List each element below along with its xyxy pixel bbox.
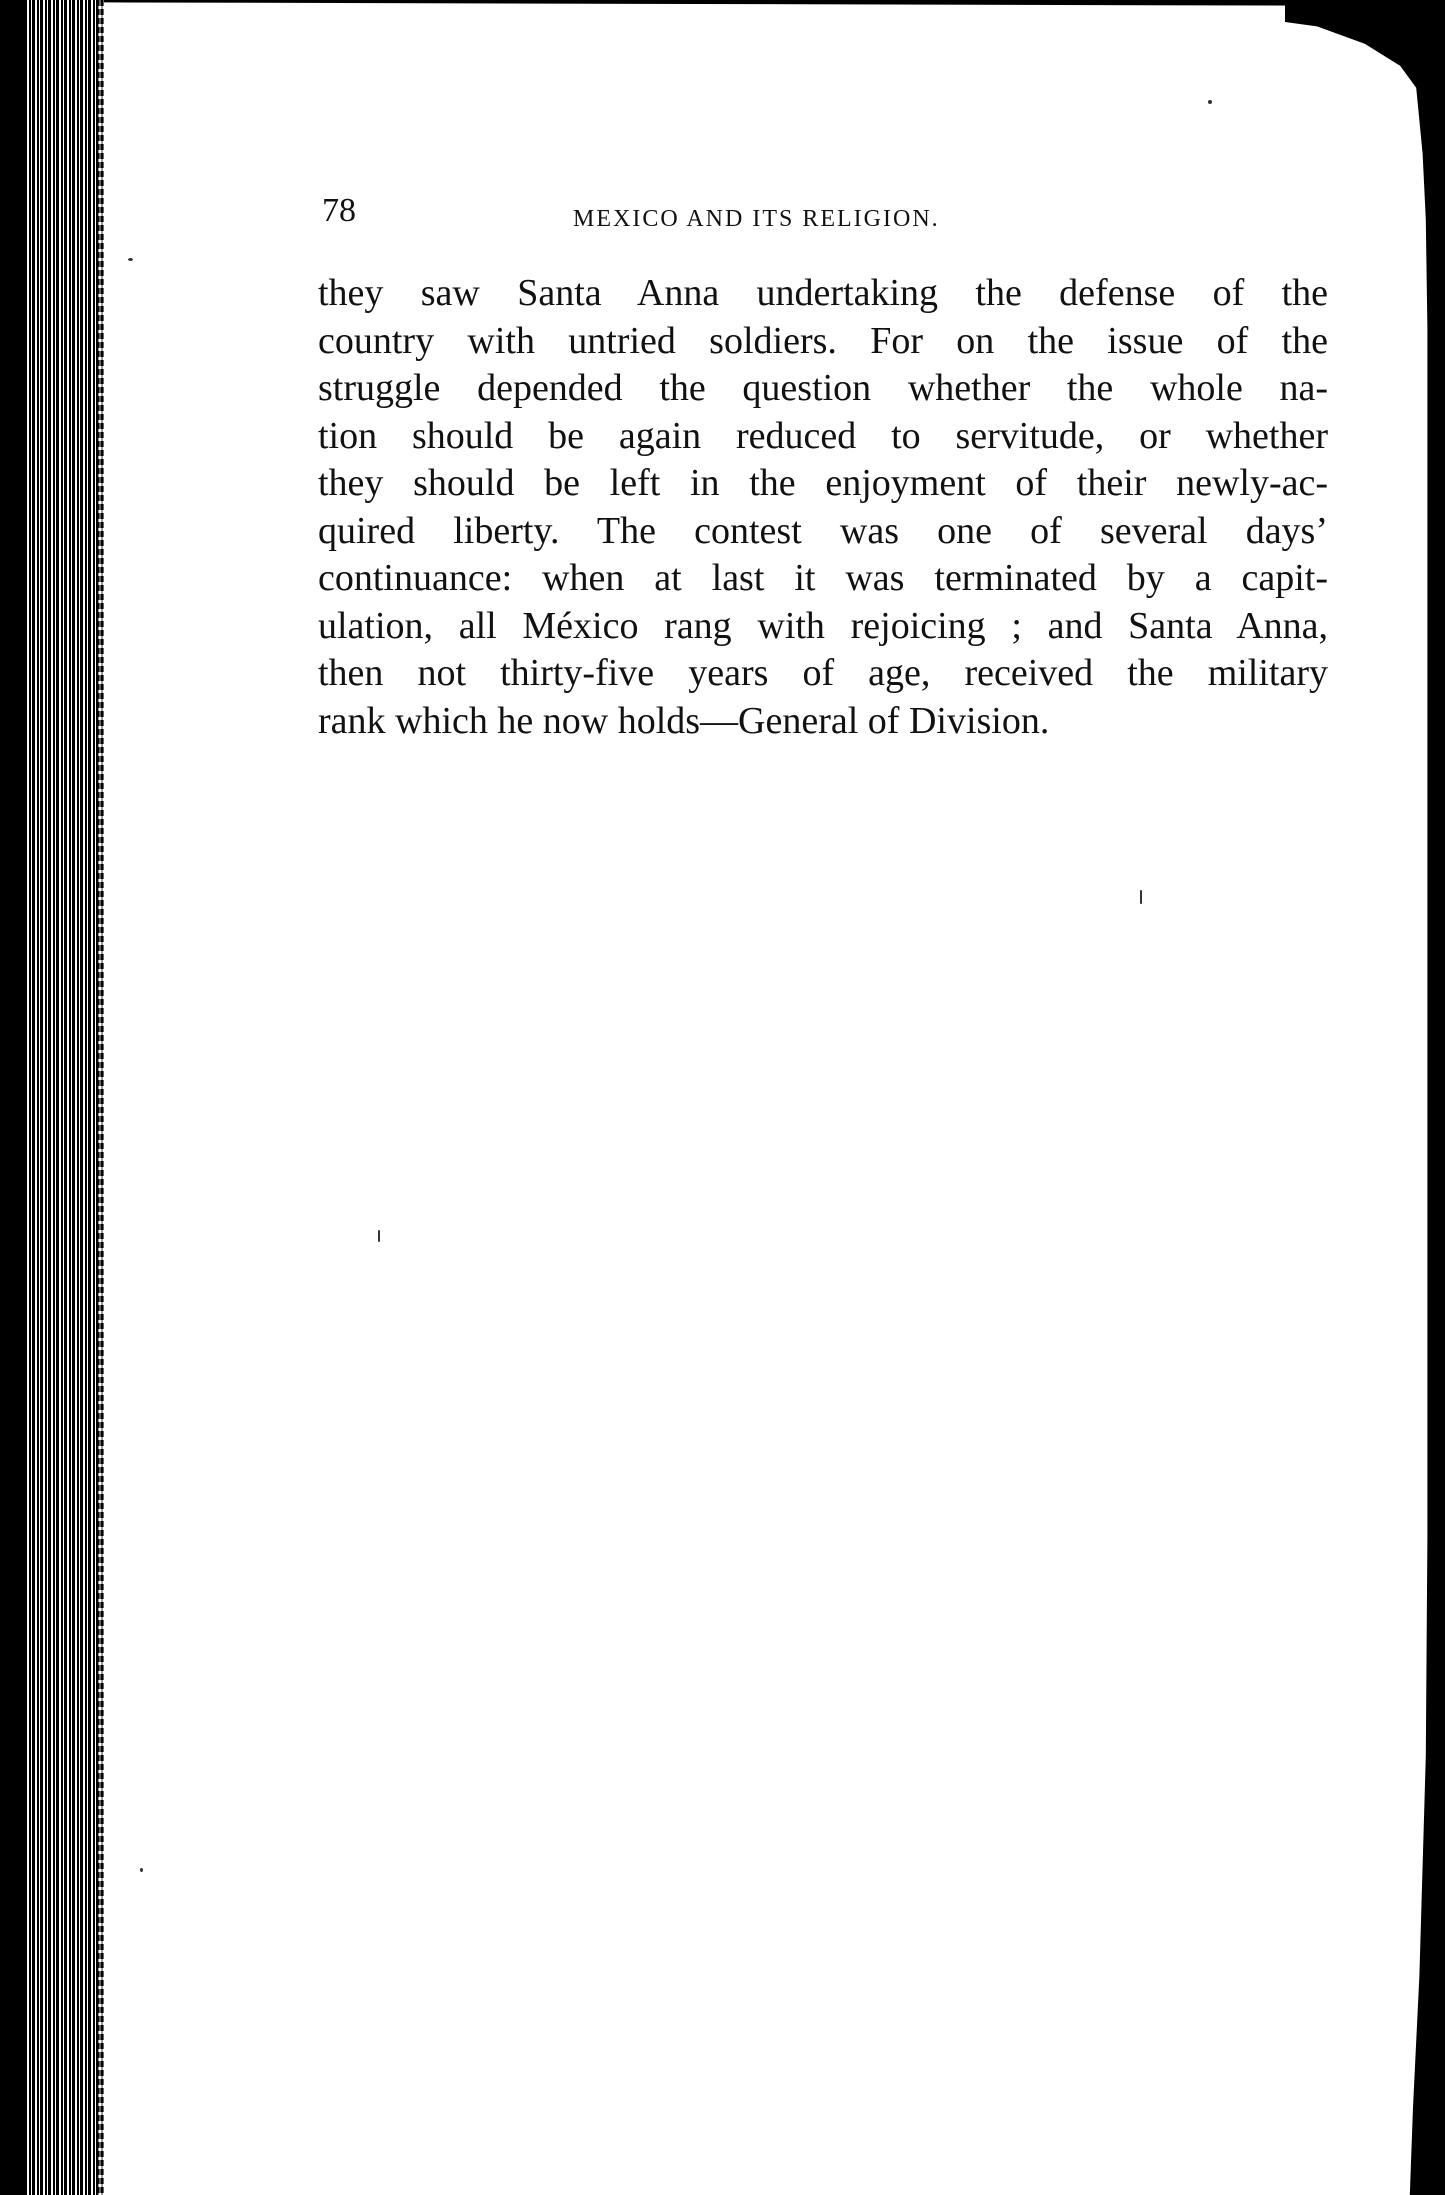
text-line: quired liberty. The contest was one of s… xyxy=(318,508,1328,556)
scanned-book-page: 78 MEXICO AND ITS RELIGION. they saw San… xyxy=(0,0,1445,2195)
text-line: they saw Santa Anna undertaking the defe… xyxy=(318,270,1328,318)
book-binding xyxy=(0,0,104,2195)
running-head: 78 MEXICO AND ITS RELIGION. xyxy=(318,190,1328,240)
running-title: MEXICO AND ITS RELIGION. xyxy=(573,206,940,233)
text-line: continuance: when at last it was termina… xyxy=(318,555,1328,603)
text-line: country with untried soldiers. For on th… xyxy=(318,318,1328,366)
body-paragraph: they saw Santa Anna undertaking the defe… xyxy=(318,270,1328,745)
page-content: 78 MEXICO AND ITS RELIGION. they saw San… xyxy=(318,190,1328,745)
scan-speck xyxy=(128,258,133,261)
top-scan-rim xyxy=(104,0,1445,6)
text-line: rank which he now holds—General of Divis… xyxy=(318,698,1328,746)
scan-speck xyxy=(378,1230,380,1242)
scan-speck xyxy=(1140,890,1142,904)
text-line: then not thirty-five years of age, recei… xyxy=(318,650,1328,698)
scan-speck xyxy=(140,1868,143,1872)
binding-edge xyxy=(98,0,104,2195)
text-line: ulation, all México rang with rejoicing … xyxy=(318,603,1328,651)
scan-speck xyxy=(1208,100,1212,104)
text-line: they should be left in the enjoyment of … xyxy=(318,460,1328,508)
text-line: tion should be again reduced to servitud… xyxy=(318,413,1328,461)
text-line: struggle depended the question whether t… xyxy=(318,365,1328,413)
page-number: 78 xyxy=(322,192,356,230)
